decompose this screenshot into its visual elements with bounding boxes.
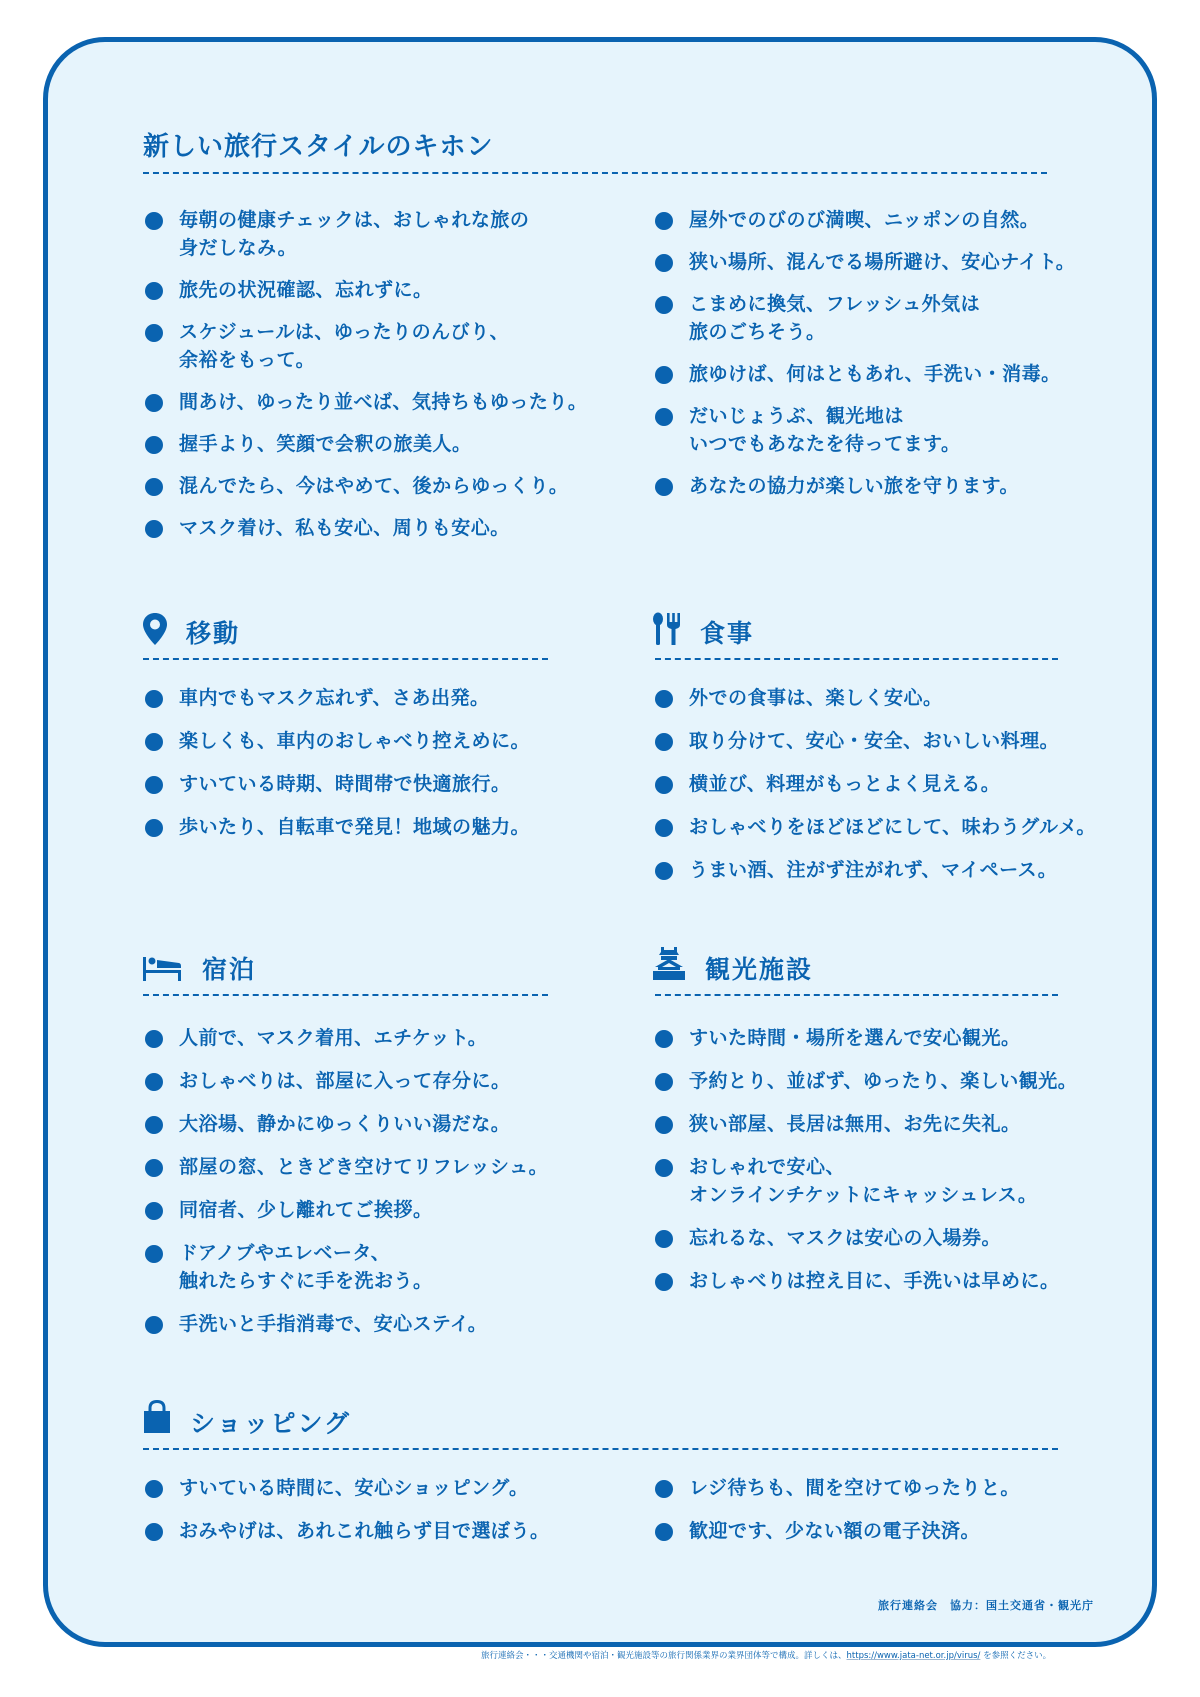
list-item: 旅ゆけば、何はともあれ、手洗い・消毒。: [655, 360, 1125, 388]
list-item: あなたの協力が楽しい旅を守ります。: [655, 472, 1125, 500]
list-item: 取り分けて、安心・安全、おいしい料理。: [655, 727, 1135, 755]
list-item: 楽しくも、車内のおしゃべり控えめに。: [145, 727, 615, 755]
list-item: 予約とり、並ばず、ゆったり、楽しい観光。: [655, 1067, 1135, 1095]
list-item: おしゃべりは、部屋に入って存分に。: [145, 1067, 615, 1095]
bullet-icon: [655, 366, 673, 384]
list-item: すいている時期、時間帯で快適旅行。: [145, 770, 615, 798]
divider: [143, 658, 548, 660]
lodging-list: 人前で、マスク着用、エチケット。 おしゃべりは、部屋に入って存分に。 大浴場、静…: [145, 1024, 615, 1353]
shopping-bag-icon: [143, 1400, 171, 1434]
basics-left-list: 毎朝の健康チェックは、おしゃれな旅の 身だしなみ。 旅先の状況確認、忘れずに。 …: [145, 206, 615, 556]
bullet-icon: [655, 862, 673, 880]
bullet-icon: [145, 324, 163, 342]
bullet-icon: [145, 1245, 163, 1263]
divider: [143, 1448, 1058, 1450]
divider: [655, 994, 1058, 996]
bullet-icon: [655, 819, 673, 837]
bullet-icon: [145, 733, 163, 751]
bullet-icon: [145, 1073, 163, 1091]
list-item: 旅先の状況確認、忘れずに。: [145, 276, 615, 304]
castle-icon: [652, 946, 686, 980]
transport-list: 車内でもマスク忘れず、さあ出発。 楽しくも、車内のおしゃべり控えめに。 すいてい…: [145, 684, 615, 856]
list-item: 車内でもマスク忘れず、さあ出発。: [145, 684, 615, 712]
bullet-icon: [145, 436, 163, 454]
list-item: 歩いたり、自転車で発見！地域の魅力。: [145, 813, 615, 841]
bullet-icon: [655, 733, 673, 751]
divider: [143, 994, 548, 996]
bullet-icon: [655, 1116, 673, 1134]
list-item: すいている時間に、安心ショッピング。: [145, 1474, 615, 1502]
bullet-icon: [655, 1230, 673, 1248]
bullet-icon: [655, 478, 673, 496]
bullet-icon: [145, 1523, 163, 1541]
list-item: ドアノブやエレベータ、 触れたらすぐに手を洗おう。: [145, 1239, 615, 1295]
list-item: 混んでたら、今はやめて、後からゆっくり。: [145, 472, 615, 500]
list-item: 手洗いと手指消毒で、安心ステイ。: [145, 1310, 615, 1338]
list-item: おみやげは、あれこれ触らず目で選ぼう。: [145, 1517, 615, 1545]
bullet-icon: [145, 1480, 163, 1498]
list-item: すいた時間・場所を選んで安心観光。: [655, 1024, 1135, 1052]
bullet-icon: [145, 478, 163, 496]
footnote-suffix: を参照ください。: [980, 1651, 1051, 1661]
sightseeing-list: すいた時間・場所を選んで安心観光。 予約とり、並ばず、ゆったり、楽しい観光。 狭…: [655, 1024, 1135, 1310]
list-item: 横並び、料理がもっとよく見える。: [655, 770, 1135, 798]
bullet-icon: [655, 1480, 673, 1498]
section-title-transport: 移動: [186, 614, 240, 650]
list-item: おしゃれで安心、 オンラインチケットにキャッシュレス。: [655, 1153, 1135, 1209]
bullet-icon: [655, 1030, 673, 1048]
divider: [655, 658, 1058, 660]
footnote: 旅行連絡会・・・交通機関や宿泊・観光施設等の旅行関係業界の業界団体等で構成。詳し…: [481, 1649, 1051, 1661]
list-item: おしゃべりをほどほどにして、味わうグルメ。: [655, 813, 1135, 841]
bullet-icon: [655, 1159, 673, 1177]
bullet-icon: [145, 819, 163, 837]
list-item: 人前で、マスク着用、エチケット。: [145, 1024, 615, 1052]
bullet-icon: [145, 690, 163, 708]
map-pin-icon: [142, 612, 168, 646]
section-title-shopping: ショッピング: [190, 1404, 351, 1440]
list-item: 同宿者、少し離れてご挨拶。: [145, 1196, 615, 1224]
list-item: 屋外でのびのび満喫、ニッポンの自然。: [655, 206, 1125, 234]
section-title-dining: 食事: [700, 614, 754, 650]
list-item: 握手より、笑顔で会釈の旅美人。: [145, 430, 615, 458]
basics-right-list: 屋外でのびのび満喫、ニッポンの自然。 狭い場所、混んでる場所避け、安心ナイト。 …: [655, 206, 1125, 514]
bullet-icon: [655, 776, 673, 794]
section-title-sightseeing: 観光施設: [705, 950, 813, 986]
bullet-icon: [145, 1159, 163, 1177]
footnote-text: 旅行連絡会・・・交通機関や宿泊・観光施設等の旅行関係業界の業界団体等で構成。詳し…: [481, 1651, 847, 1661]
bullet-icon: [655, 1273, 673, 1291]
list-item: 狭い場所、混んでる場所避け、安心ナイト。: [655, 248, 1125, 276]
list-item: 大浴場、静かにゆっくりいい湯だな。: [145, 1110, 615, 1138]
list-item: 外での食事は、楽しく安心。: [655, 684, 1135, 712]
bullet-icon: [145, 394, 163, 412]
list-item: レジ待ちも、間を空けてゆったりと。: [655, 1474, 1135, 1502]
list-item: だいじょうぶ、観光地は いつでもあなたを待ってます。: [655, 402, 1125, 458]
bullet-icon: [655, 1523, 673, 1541]
list-item: こまめに換気、フレッシュ外気は 旅のごちそう。: [655, 290, 1125, 346]
bullet-icon: [145, 1202, 163, 1220]
list-item: 歓迎です、少ない額の電子決済。: [655, 1517, 1135, 1545]
divider: [143, 172, 1047, 174]
bullet-icon: [655, 408, 673, 426]
bullet-icon: [145, 1116, 163, 1134]
bullet-icon: [655, 1073, 673, 1091]
bullet-icon: [145, 1316, 163, 1334]
section-title-lodging: 宿泊: [202, 950, 256, 986]
list-item: 間あけ、ゆったり並べば、気持ちもゆったり。: [145, 388, 615, 416]
list-item: スケジュールは、ゆったりのんびり、 余裕をもって。: [145, 318, 615, 374]
bullet-icon: [145, 282, 163, 300]
bed-icon: [143, 955, 183, 981]
footnote-url-link[interactable]: https://www.jata-net.or.jp/virus/: [847, 1651, 981, 1661]
list-item: 毎朝の健康チェックは、おしゃれな旅の 身だしなみ。: [145, 206, 615, 262]
shopping-left-list: すいている時間に、安心ショッピング。 おみやげは、あれこれ触らず目で選ぼう。: [145, 1474, 615, 1560]
list-item: 部屋の窓、ときどき空けてリフレッシュ。: [145, 1153, 615, 1181]
list-item: 狭い部屋、長居は無用、お先に失礼。: [655, 1110, 1135, 1138]
bullet-icon: [655, 690, 673, 708]
list-item: うまい酒、注がず注がれず、マイペース。: [655, 856, 1135, 884]
bullet-icon: [145, 520, 163, 538]
bullet-icon: [145, 776, 163, 794]
bullet-icon: [655, 296, 673, 314]
dining-list: 外での食事は、楽しく安心。 取り分けて、安心・安全、おいしい料理。 横並び、料理…: [655, 684, 1135, 899]
list-item: 忘れるな、マスクは安心の入場券。: [655, 1224, 1135, 1252]
page-title: 新しい旅行スタイルのキホン: [143, 126, 493, 163]
list-item: マスク着け、私も安心、周りも安心。: [145, 514, 615, 542]
bullet-icon: [145, 212, 163, 230]
shopping-right-list: レジ待ちも、間を空けてゆったりと。 歓迎です、少ない額の電子決済。: [655, 1474, 1135, 1560]
bullet-icon: [145, 1030, 163, 1048]
spoon-fork-icon: [651, 612, 683, 646]
footer-credit: 旅行連絡会 協力：国土交通省・観光庁: [878, 1597, 1094, 1613]
bullet-icon: [655, 254, 673, 272]
bullet-icon: [655, 212, 673, 230]
list-item: おしゃべりは控え目に、手洗いは早めに。: [655, 1267, 1135, 1295]
